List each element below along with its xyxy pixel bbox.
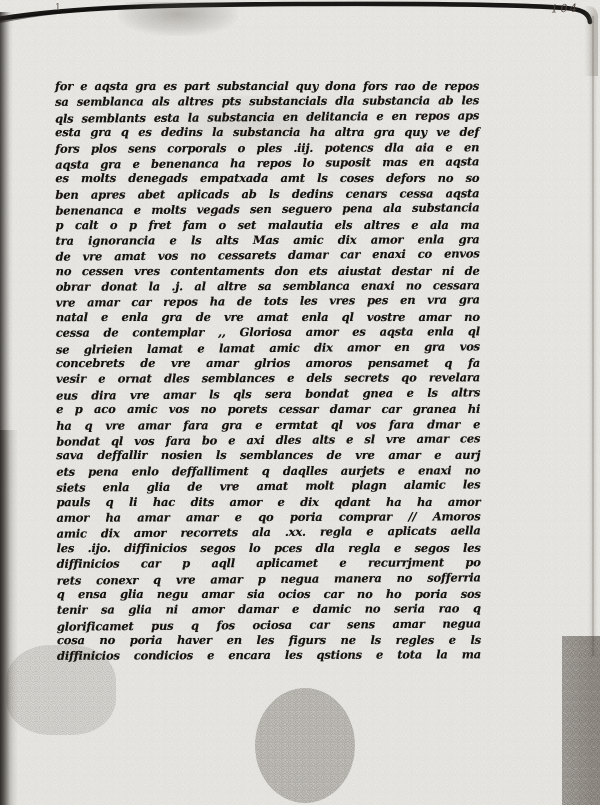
manuscript-line: cosa no poria haver en les figurs ne ls … (57, 633, 481, 649)
manuscript-line: es molts denegads empatxada amt ls coses… (55, 171, 479, 187)
manuscript-line: q ensa glia negu amar sia ocios car no h… (57, 587, 481, 603)
manuscript-line: for e aqsta gra es part substancial quy … (55, 79, 479, 95)
right-page-edge-line (592, 16, 594, 656)
manuscript-line: diffinicios condicios e encara les qstio… (57, 648, 481, 665)
manuscript-line: concebrets de vre amar glrios amoros pen… (56, 356, 480, 372)
corner-mark: 1 (55, 3, 61, 13)
manuscript-line: se glrieien lamat e lamat amic dix amor … (56, 339, 480, 358)
right-speckle-band (562, 636, 600, 805)
manuscript-line: rets conexr q vre amar p negua manera no… (57, 570, 481, 589)
manuscript-line: esta gra q es dedins la substancia ha al… (55, 125, 479, 141)
manuscript-line: benenanca e molts vegads sen seguero pen… (55, 200, 479, 219)
manuscript-line: p calt o p fret fam o set malautia els a… (55, 217, 479, 233)
manuscript-line: amic dix amor recorrets ala .xx. regla e… (57, 524, 481, 543)
manuscript-text: for e aqsta gra es part substancial quy … (55, 78, 481, 664)
manuscript-line: no cessen vres contentaments don ets aiu… (56, 264, 480, 280)
manuscript-line: les .ijo. diffinicios segos lo pces dla … (57, 541, 481, 557)
scan-smudge-top (118, 2, 238, 36)
manuscript-line: siets enla glia de vre amat molt plagn a… (56, 477, 480, 496)
manuscript-line: de vre amat vos no cessarets damar car e… (56, 247, 480, 266)
bottom-center-noise (255, 688, 355, 803)
left-scan-edge-shadow-lower (0, 430, 18, 805)
manuscript-line: pauls q li hac dits amor e dix qdant ha … (56, 494, 480, 510)
manuscript-line: sava deffallir nosien ls semblances de v… (56, 448, 480, 464)
manuscript-line: glorificamet pus q fos ociosa car sens a… (57, 616, 481, 635)
manuscript-line: e p aco amic vos no porets cessar damar … (56, 402, 480, 418)
manuscript-scan: 104 1 for e aqsta gra es part substancia… (0, 0, 600, 805)
manuscript-line: diffinicios car p aqll aplicamet e recur… (57, 555, 481, 572)
manuscript-line: vre amar car repos ha de tots les vres p… (56, 293, 480, 312)
top-right-corner-shade (584, 6, 598, 76)
manuscript-line: natal e enla gra de vre amat enla ql vos… (56, 310, 480, 326)
page-top-edge (0, 0, 600, 34)
folio-number: 104 (551, 2, 580, 16)
